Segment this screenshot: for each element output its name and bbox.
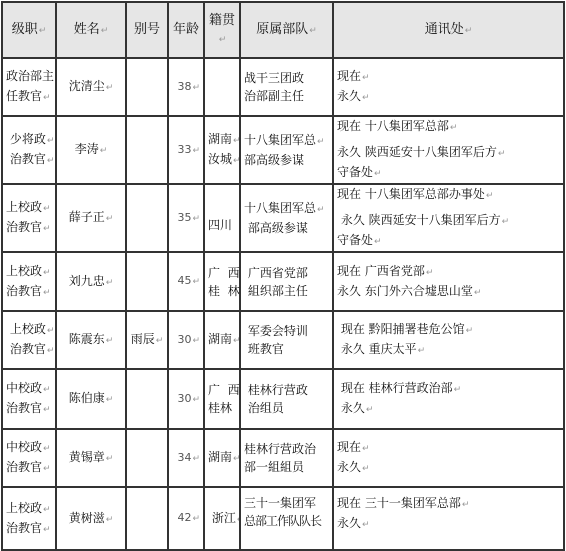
table-row: 中校政↵ 治教官↵ 黄锡章↵ 34↵ 湖南↵ 桂林行营政治 部一組組员 现在↵ … (2, 429, 564, 487)
table-row: 上校政↵ 治教官↵ 薛子正↵ 35↵ 四川 十八集团军总↵ 部高级参谋 现在 十… (2, 184, 564, 252)
paragraph-mark-icon: ↵ (362, 444, 370, 454)
cell-contact: 现在 十八集团军总部↵ 永久 陕西延安十八集团军后方↵ 守备处↵ (333, 116, 564, 184)
paragraph-mark-icon: ↵ (374, 169, 382, 179)
cell-name: 沈清尘↵ (56, 58, 126, 116)
paragraph-mark-icon: ↵ (192, 336, 200, 346)
paragraph-mark-icon: ↵ (47, 156, 55, 166)
cell-name: 陈震东↵ (56, 311, 126, 369)
cell-age: 34↵ (168, 429, 204, 487)
paragraph-mark-icon: ↵ (233, 454, 240, 464)
paragraph-mark-icon: ↵ (106, 454, 114, 464)
paragraph-mark-icon: ↵ (462, 500, 470, 510)
cell-unit: 桂林行营政 治组员 (240, 369, 333, 429)
cell-alias: 雨辰↵ (126, 311, 168, 369)
header-row: 级职↵ 姓名↵ 别号 年龄 籍贯↵ 原属部队↵ 通讯处↵ (2, 2, 564, 58)
cell-origin: 湖南↵ (204, 311, 240, 369)
table-row: 上校政↵ 治教官↵ 刘九忠↵ 45↵ 广 西 桂 林 广西省党部 組织部主任 现… (2, 252, 564, 311)
cell-name: 陈伯康↵ (56, 369, 126, 429)
paragraph-mark-icon: ↵ (43, 385, 51, 395)
cell-alias (126, 252, 168, 311)
paragraph-mark-icon: ↵ (43, 525, 51, 535)
cell-alias (126, 184, 168, 252)
cell-origin: 浙江↵ (204, 487, 240, 545)
paragraph-mark-icon: ↵ (362, 464, 370, 474)
cell-rank: 中校政↵ 治教官↵ (2, 429, 56, 487)
cell-origin (204, 58, 240, 116)
cell-unit: 桂林行营政治 部一組組员 (240, 429, 333, 487)
cell-origin: 四川 (204, 184, 240, 252)
paragraph-mark-icon: ↵ (43, 505, 51, 515)
header-contact: 通讯处↵ (333, 2, 564, 58)
cell-rank: 中校政↵ 治教官↵ (2, 369, 56, 429)
paragraph-mark-icon: ↵ (502, 217, 510, 227)
cell-alias (126, 58, 168, 116)
cell-alias (126, 116, 168, 184)
paragraph-mark-icon: ↵ (233, 336, 240, 346)
cell-age: 33↵ (168, 116, 204, 184)
table-row: 上校政↵ 治教官↵ 陈震东↵ 雨辰↵ 30↵ 湖南↵ 军委会特训 班教官 现在 … (2, 311, 564, 369)
cell-contact: 现在 广西省党部↵ 永久 东门外六合墟思山堂↵ (333, 252, 564, 311)
table-row: 上校政↵ 治教官↵ 黄树滋↵ 42↵ 浙江↵ 三十一集团军 总部工作队队长 现在… (2, 487, 564, 545)
paragraph-mark-icon: ↵ (106, 336, 114, 346)
paragraph-mark-icon: ↵ (192, 514, 200, 524)
paragraph-mark-icon: ↵ (106, 214, 114, 224)
paragraph-mark-icon: ↵ (47, 326, 55, 336)
paragraph-mark-icon: ↵ (43, 288, 51, 298)
cell-unit: 战干三团政 治部副主任 (240, 58, 333, 116)
paragraph-mark-icon: ↵ (43, 268, 51, 278)
paragraph-mark-icon: ↵ (465, 26, 473, 36)
paragraph-mark-icon: ↵ (43, 93, 51, 103)
cell-origin: 湖南↵ (204, 429, 240, 487)
cell-alias (126, 429, 168, 487)
cell-unit: 广西省党部 組织部主任 (240, 252, 333, 311)
paragraph-mark-icon: ↵ (192, 454, 200, 464)
header-unit: 原属部队↵ (240, 2, 333, 58)
header-origin: 籍贯↵ (204, 2, 240, 58)
paragraph-mark-icon: ↵ (156, 336, 164, 346)
table-row: 政治部主↵ 任教官↵ 沈清尘↵ 38↵ 战干三团政 治部副主任 现在↵ 永久↵ (2, 58, 564, 116)
cell-unit: 十八集团军总↵ 部高级参谋 (240, 116, 333, 184)
paragraph-mark-icon: ↵ (106, 515, 114, 525)
paragraph-mark-icon: ↵ (474, 288, 482, 298)
paragraph-mark-icon: ↵ (233, 156, 240, 166)
paragraph-mark-icon: ↵ (47, 136, 55, 146)
cell-name: 薛子正↵ (56, 184, 126, 252)
paragraph-mark-icon: ↵ (233, 136, 240, 146)
paragraph-mark-icon: ↵ (486, 191, 494, 201)
cell-contact: 现在 桂林行营政治部↵ 永久↵ (333, 369, 564, 429)
header-alias: 别号 (126, 2, 168, 58)
cell-unit: 军委会特训 班教官 (240, 311, 333, 369)
cell-name: 黄锡章↵ (56, 429, 126, 487)
paragraph-mark-icon: ↵ (498, 149, 506, 159)
cell-origin: 湖南↵ 汝城↵ (204, 116, 240, 184)
table-row: 少将政↵ 治教官↵ 李涛↵ 33↵ 湖南↵ 汝城↵ 十八集团军总↵ 部高级参谋 … (2, 116, 564, 184)
paragraph-mark-icon: ↵ (47, 346, 55, 356)
paragraph-mark-icon: ↵ (362, 520, 370, 530)
header-name: 姓名↵ (56, 2, 126, 58)
cell-name: 刘九忠↵ (56, 252, 126, 311)
paragraph-mark-icon: ↵ (374, 237, 382, 247)
cell-rank: 上校政↵ 治教官↵ (2, 252, 56, 311)
paragraph-mark-icon: ↵ (192, 395, 200, 405)
paragraph-mark-icon: ↵ (192, 83, 200, 93)
paragraph-mark-icon: ↵ (106, 395, 114, 405)
paragraph-mark-icon: ↵ (106, 83, 114, 93)
paragraph-mark-icon: ↵ (454, 385, 462, 395)
cell-age: 30↵ (168, 311, 204, 369)
cell-rank: 政治部主↵ 任教官↵ (2, 58, 56, 116)
paragraph-mark-icon: ↵ (309, 26, 317, 36)
paragraph-mark-icon: ↵ (39, 26, 47, 36)
cell-rank: 上校政↵ 治教官↵ (2, 487, 56, 545)
paragraph-mark-icon: ↵ (362, 93, 370, 103)
cell-unit: 三十一集团军 总部工作队队长 (240, 487, 333, 545)
cell-contact: 现在 三十一集团军总部↵ 永久↵ (333, 487, 564, 545)
header-age: 年龄 (168, 2, 204, 58)
cell-contact: 现在↵ 永久↵ (333, 429, 564, 487)
cell-name: 李涛↵ (56, 116, 126, 184)
cell-name: 黄树滋↵ (56, 487, 126, 545)
paragraph-mark-icon: ↵ (317, 137, 325, 147)
cell-alias (126, 369, 168, 429)
paragraph-mark-icon: ↵ (192, 146, 200, 156)
paragraph-mark-icon: ↵ (192, 277, 200, 287)
header-rank: 级职↵ (2, 2, 56, 58)
paragraph-mark-icon: ↵ (466, 326, 474, 336)
cell-origin: 广 西 桂 林 (204, 252, 240, 311)
personnel-roster-table: 级职↵ 姓名↵ 别号 年龄 籍贯↵ 原属部队↵ 通讯处↵ 政治部主↵ 任教官↵ … (1, 1, 565, 545)
paragraph-mark-icon: ↵ (418, 346, 426, 356)
table-row: 中校政↵ 治教官↵ 陈伯康↵ 30↵ 广 西 桂林 桂林行营政 治组员 现在 桂… (2, 369, 564, 429)
cell-age: 38↵ (168, 58, 204, 116)
cell-age: 30↵ (168, 369, 204, 429)
paragraph-mark-icon: ↵ (426, 268, 434, 278)
paragraph-mark-icon: ↵ (43, 405, 51, 415)
paragraph-mark-icon: ↵ (192, 214, 200, 224)
paragraph-mark-icon: ↵ (362, 73, 370, 83)
paragraph-mark-icon: ↵ (101, 26, 109, 36)
cell-rank: 少将政↵ 治教官↵ (2, 116, 56, 184)
cell-rank: 上校政↵ 治教官↵ (2, 184, 56, 252)
cell-contact: 现在↵ 永久↵ (333, 58, 564, 116)
cell-origin: 广 西 桂林 (204, 369, 240, 429)
cell-age: 42↵ (168, 487, 204, 545)
cell-contact: 现在 黔阳捕署巷危公馆↵ 永久 重庆太平↵ (333, 311, 564, 369)
paragraph-mark-icon: ↵ (317, 205, 325, 215)
cell-rank: 上校政↵ 治教官↵ (2, 311, 56, 369)
paragraph-mark-icon: ↵ (43, 204, 51, 214)
paragraph-mark-icon: ↵ (100, 146, 108, 156)
cell-alias (126, 487, 168, 545)
cell-contact: 现在 十八集团军总部办事处↵ 永久 陕西延安十八集团军后方↵ 守备处↵ (333, 184, 564, 252)
paragraph-mark-icon: ↵ (43, 464, 51, 474)
paragraph-mark-icon: ↵ (366, 405, 374, 415)
paragraph-mark-icon: ↵ (106, 278, 114, 288)
cell-age: 35↵ (168, 184, 204, 252)
cell-unit: 十八集团军总↵ 部高级参谋 (240, 184, 333, 252)
paragraph-mark-icon: ↵ (43, 444, 51, 454)
cell-age: 45↵ (168, 252, 204, 311)
paragraph-mark-icon: ↵ (450, 123, 458, 133)
paragraph-mark-icon: ↵ (43, 224, 51, 234)
paragraph-mark-icon: ↵ (219, 35, 227, 45)
